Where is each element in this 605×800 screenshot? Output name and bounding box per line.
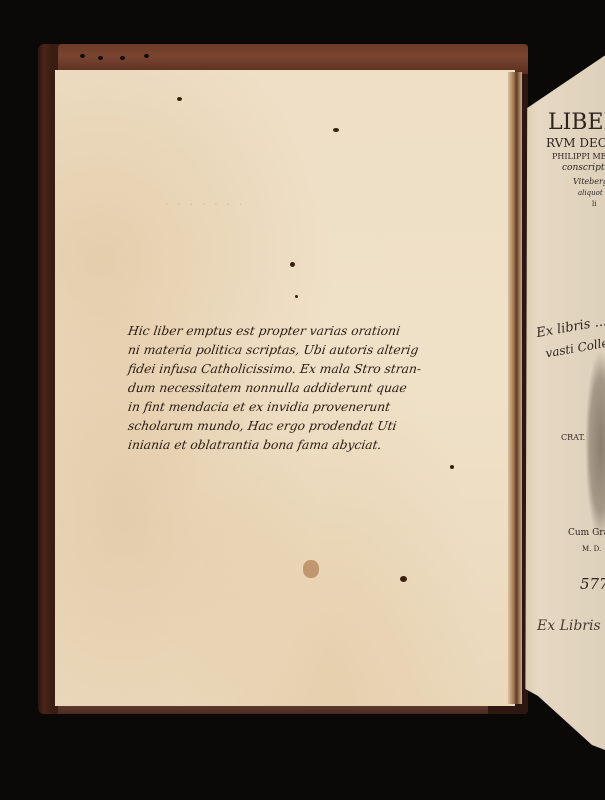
wormhole	[450, 465, 454, 469]
wormhole	[290, 262, 295, 267]
wormhole	[295, 295, 298, 298]
book-photograph: · · · · · · · Hic liber emptus est propt…	[0, 0, 605, 800]
ex-libris-inscription: Ex Libris	[537, 618, 601, 634]
wormhole	[98, 56, 103, 60]
title-line: RVM DECLA	[546, 136, 605, 150]
wormhole	[144, 54, 149, 58]
faint-offset-text: · · · · · · ·	[165, 200, 245, 211]
title-line: Vitebergensi	[573, 177, 605, 186]
note-line: fidei infusa Catholicissimo. Ex mala Str…	[127, 360, 450, 379]
note-line: scholarum mundo, Hac ergo prodendat Uti	[127, 417, 450, 436]
title-line: LIBER S	[548, 110, 605, 135]
title-line: conscripta, & pa	[562, 163, 605, 173]
note-line: in fint mendacia et ex invidia proveneru…	[127, 398, 450, 417]
note-line: iniania et oblatrantia bona fama abyciat…	[127, 436, 450, 455]
wormhole	[80, 54, 85, 58]
note-line: dum necessitatem nonnulla addiderunt qua…	[127, 379, 450, 398]
note-line: ni materia politica scriptas, Ubi autori…	[127, 341, 450, 360]
printed-word: CRAT.	[561, 433, 585, 442]
title-line: aliquot	[578, 189, 603, 197]
imprint-line: M. D.	[582, 545, 601, 553]
wormhole	[177, 97, 182, 101]
brown-stain	[303, 560, 319, 578]
wormhole	[120, 56, 125, 60]
title-line: li	[592, 200, 596, 208]
shelfmark: 577-I	[580, 575, 605, 593]
imprint-line: Cum Gratia	[568, 528, 605, 538]
handwritten-note: Hic liber emptus est propter varias orat…	[128, 322, 448, 455]
wormhole	[400, 576, 407, 582]
note-line: Hic liber emptus est propter varias orat…	[127, 322, 450, 341]
title-line: PHILIPPI MELA	[552, 152, 605, 161]
wormhole	[333, 128, 339, 132]
book-gutter	[508, 72, 522, 704]
woodcut-illustration	[585, 350, 605, 540]
